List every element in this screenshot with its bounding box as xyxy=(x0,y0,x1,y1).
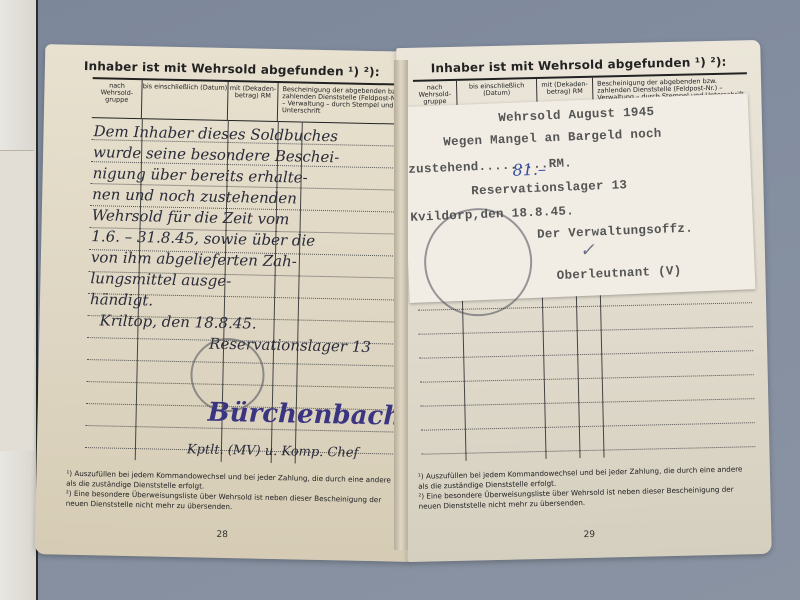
slip-line: Wegen Mangel an Bargeld noch xyxy=(443,127,662,150)
right-page: Inhaber ist mit Wehrsold abgefunden ¹) ²… xyxy=(396,40,772,562)
slip-line: zustehend.........RM. xyxy=(408,156,572,177)
column-header: bis einschließlich (Datum) xyxy=(142,80,229,120)
page-number: 28 xyxy=(35,526,409,544)
column-header: Bescheinigung der abgebenden bzw. zahlen… xyxy=(278,83,405,124)
column-header: nach Wehrsold-gruppe xyxy=(92,79,143,118)
typed-pay-slip: Wehrsold August 1945 Wegen Mangel an Bar… xyxy=(402,93,756,303)
slip-line: Reservationslager 13 xyxy=(471,178,627,198)
footnotes: ¹) Auszufüllen bei jedem Kommandowechsel… xyxy=(66,469,395,516)
slip-line: Wehrsold August 1945 xyxy=(498,105,654,125)
handwritten-amount: 81.– xyxy=(512,159,546,179)
open-soldbuch: Inhaber ist mit Wehrsold abgefunden ¹) ²… xyxy=(22,40,782,570)
signature: Bürchenbach xyxy=(207,398,402,432)
footnotes: ¹) Auszufüllen bei jedem Kommandowechsel… xyxy=(418,464,755,512)
book-spine xyxy=(394,60,408,550)
slip-line: Oberleutnant (V) xyxy=(556,264,681,283)
handwritten-entry: Dem Inhaber dieses Soldbuches wurde sein… xyxy=(89,121,404,358)
left-page: Inhaber ist mit Wehrsold abgefunden ¹) ²… xyxy=(35,44,420,562)
column-header: mit (Dekaden-betrag) RM xyxy=(228,82,279,121)
signature: ✓ xyxy=(579,239,595,261)
page-number: 29 xyxy=(407,526,771,544)
slip-line: Der Verwaltungsoffz. xyxy=(537,222,693,242)
